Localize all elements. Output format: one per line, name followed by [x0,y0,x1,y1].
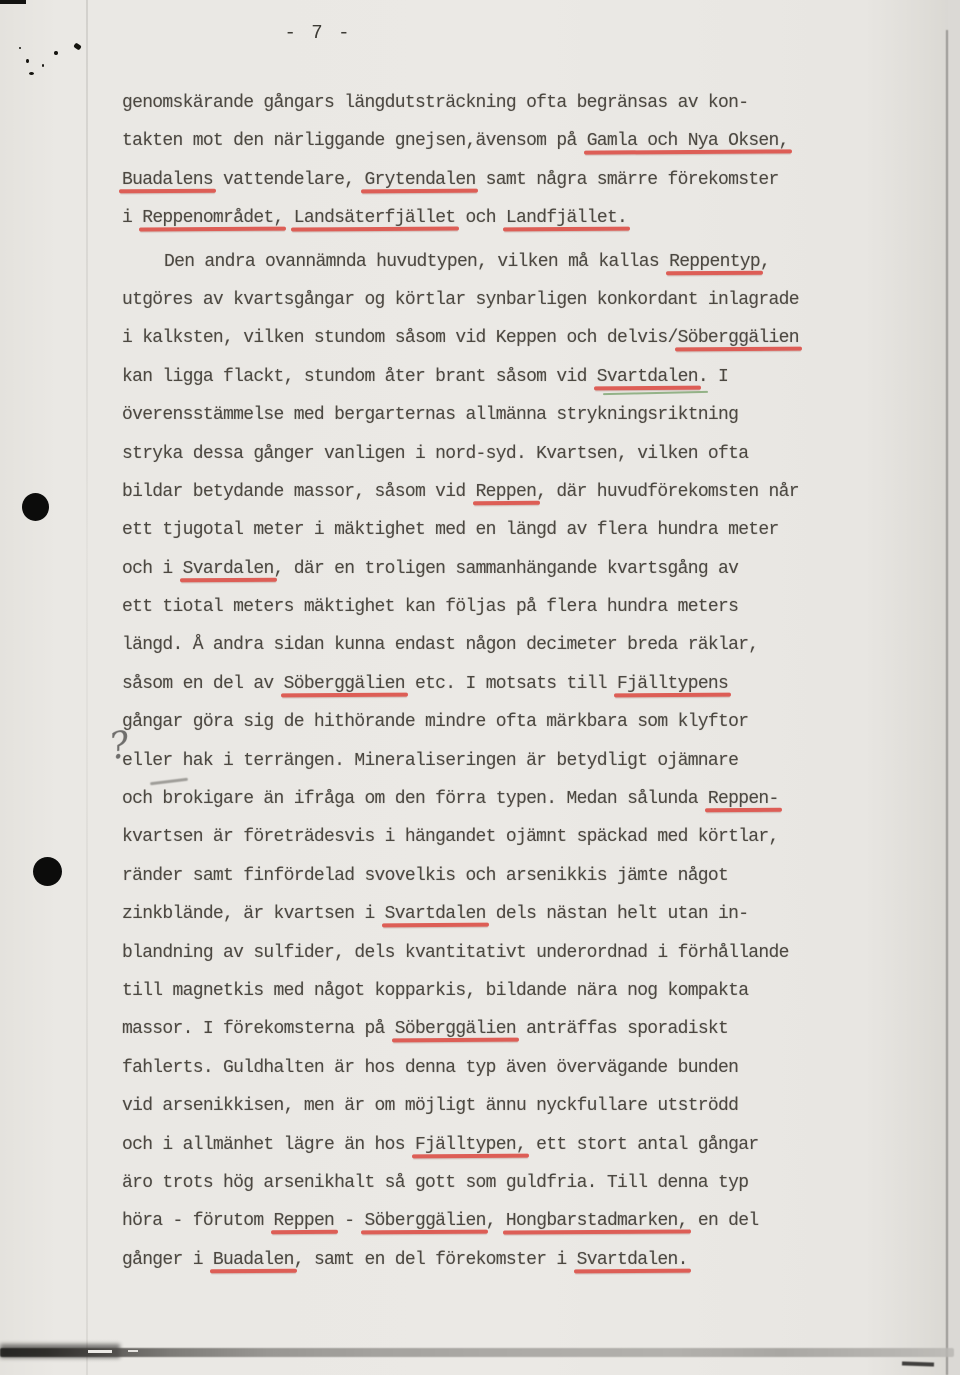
text-segment: överensstämmelse med bergarternas allmän… [122,405,738,425]
text-segment: bildar betydande massor, såsom vid [122,482,476,502]
text-line: höra - förutom Reppen - Söberggälien, Ho… [122,1202,890,1240]
text-segment: anträffas sporadiskt [516,1019,728,1039]
text-line: gångar göra sig de hithörande mindre oft… [122,703,890,741]
paragraph: genomskärande gångars längdutsträckning … [122,84,890,238]
text-segment: äro trots hög arsenikhalt så gott som gu… [122,1173,748,1193]
text-segment: takten mot den närliggande gnejsen,ävens… [122,131,587,151]
text-line: längd. Å andra sidan kunna endast någon … [122,626,890,664]
text-segment: i [122,208,142,228]
text-line: eller hak i terrängen. Mineraliseringen … [122,742,890,780]
red-underlined-text: Hongbarstadmarken, [506,1211,688,1231]
ink-speck [54,51,58,55]
red-underlined-text: Reppenområdet, [142,208,283,228]
ink-speck [29,72,34,75]
text-line: stryka dessa gånger vanligen i nord-syd.… [122,435,890,473]
text-line: och brokigare än ifråga om den förra typ… [122,780,890,818]
text-line: och i Svardalen, där en troligen sammanh… [122,550,890,588]
red-underlined-text: Söberggälien [364,1211,485,1231]
text-line: ränder samt finfördelad svovelkis och ar… [122,857,890,895]
text-line: äro trots hög arsenikhalt så gott som gu… [122,1164,890,1202]
text-segment: - [334,1211,364,1231]
text-segment: , [760,252,770,272]
red-underlined-text: Svartdalen [385,904,486,924]
hole-punch-icon [33,857,62,886]
scan-mark [902,1361,934,1366]
text-segment: , där en troligen sammanhängande kvartsg… [274,559,739,579]
red-underlined-text: Reppentyp [669,252,760,272]
red-underlined-text: Reppen [274,1211,335,1231]
red-underlined-text: Gamla och Nya Oksen, [587,131,789,151]
text-line: i Reppenområdet, Landsäterfjället och La… [122,199,890,237]
red-underlined-text: Svartdalen [597,367,698,387]
text-segment: och brokigare än ifråga om den förra typ… [122,789,708,809]
red-underlined-text: Fjälltypens [617,674,728,694]
text-line: gånger i Buadalen, samt en del förekomst… [122,1241,890,1279]
scanned-document-page: - 7 - genomskärande gångars längdutsträc… [0,0,960,1375]
scan-smudge-band [0,1348,954,1357]
text-segment: eller hak i terrängen. Mineraliseringen … [122,751,738,771]
text-segment: stryka dessa gånger vanligen i nord-syd.… [122,444,748,464]
scan-smudge-gap [88,1350,112,1353]
text-line: kan ligga flackt, stundom åter brant sås… [122,358,890,396]
text-line: vid arsenikkisen, men är om möjligt ännu… [122,1087,890,1125]
scan-smudge-gap [128,1350,138,1352]
text-line: fahlerts. Guldhalten är hos denna typ äv… [122,1049,890,1087]
text-line: överensstämmelse med bergarternas allmän… [122,396,890,434]
paragraph: Den andra ovannämnda huvudtypen, vilken … [122,243,890,1280]
text-segment: och i [122,559,183,579]
text-segment: ett tiotal meters mäktighet kan följas p… [122,597,738,617]
text-line: ett tiotal meters mäktighet kan följas p… [122,588,890,626]
red-underlined-text: Landsäterfjället [294,208,456,228]
red-underlined-text: Svartdalen. [577,1250,688,1270]
text-line: kvartsen är företrädesvis i hängandet oj… [122,818,890,856]
text-line: utgöres av kvartsgångar og körtlar synba… [122,281,890,319]
text-line: Den andra ovannämnda huvudtypen, vilken … [122,243,890,281]
text-segment: . I [698,367,728,387]
text-segment: etc. I motsats till [405,674,617,694]
red-underlined-text: Svardalen [183,559,274,579]
text-segment: såsom en del av [122,674,284,694]
text-segment: ett tjugotal meter i mäktighet med en lä… [122,520,779,540]
text-segment: , samt en del förekomster i [294,1250,577,1270]
text-segment: samt några smärre förekomster [476,170,779,190]
text-segment: vattendelare, [213,170,365,190]
scan-corner-mark [0,0,26,4]
text-segment: blandning av sulfider, dels kvantitativt… [122,943,789,963]
text-line: Buadalens vattendelare, Grytendalen samt… [122,161,890,199]
text-segment: en del [688,1211,759,1231]
text-line: genomskärande gångars längdutsträckning … [122,84,890,122]
text-block: genomskärande gångars längdutsträckning … [122,84,890,1279]
text-segment: kvartsen är företrädesvis i hängandet oj… [122,827,779,847]
text-line: och i allmänhet lägre än hos Fjälltypen,… [122,1126,890,1164]
text-line: i kalksten, vilken stundom såsom vid Kep… [122,319,890,357]
text-segment: och [455,208,506,228]
text-segment: gånger i [122,1250,213,1270]
page-number: - 7 - [258,22,378,44]
text-line: zinkblände, är kvartsen i Svartdalen del… [122,895,890,933]
text-line: blandning av sulfider, dels kvantitativt… [122,934,890,972]
text-line: till magnetkis med något kopparkis, bild… [122,972,890,1010]
ink-speck [42,64,44,67]
red-underlined-text: Buadalen [213,1250,294,1270]
red-underlined-text: Söberggälien [678,328,799,348]
red-underlined-text: Buadalens [122,170,213,190]
text-segment: utgöres av kvartsgångar og körtlar synba… [122,290,799,310]
text-segment: ett stort antal gångar [526,1135,758,1155]
red-underlined-text: Fjälltypen, [415,1135,526,1155]
text-segment: gångar göra sig de hithörande mindre oft… [122,712,748,732]
text-line: massor. I förekomsterna på Söberggälien … [122,1010,890,1048]
red-underlined-text: Söberggälien [395,1019,516,1039]
hole-punch-icon [22,493,49,521]
text-segment: och i allmänhet lägre än hos [122,1135,415,1155]
text-segment: dels nästan helt utan in- [486,904,749,924]
page-edge-shade [948,0,960,1375]
red-underlined-text: Landfjället. [506,208,627,228]
text-line: såsom en del av Söberggälien etc. I mots… [122,665,890,703]
ink-speck [73,42,82,50]
text-segment: fahlerts. Guldhalten är hos denna typ äv… [122,1058,738,1078]
text-segment: massor. I förekomsterna på [122,1019,395,1039]
ink-speck [26,59,29,63]
text-segment: , [486,1211,506,1231]
text-segment: längd. Å andra sidan kunna endast någon … [122,635,758,655]
text-segment: i kalksten, vilken stundom såsom vid Kep… [122,328,678,348]
text-line: bildar betydande massor, såsom vid Reppe… [122,473,890,511]
text-segment: zinkblände, är kvartsen i [122,904,385,924]
red-underlined-text: Reppen- [708,789,779,809]
text-segment: kan ligga flackt, stundom åter brant sås… [122,367,597,387]
text-segment: , där huvudförekomsten når [536,482,799,502]
red-underlined-text: Söberggälien [284,674,405,694]
text-segment: ränder samt finfördelad svovelkis och ar… [122,866,728,886]
ink-speck [19,47,21,49]
text-segment: till magnetkis med något kopparkis, bild… [122,981,748,1001]
red-underlined-text: Grytendalen [364,170,475,190]
paper-fold-crease [86,0,88,1375]
text-segment: höra - förutom [122,1211,274,1231]
text-line: takten mot den närliggande gnejsen,ävens… [122,122,890,160]
page-edge-line [946,30,948,1375]
text-line: ett tjugotal meter i mäktighet med en lä… [122,511,890,549]
text-segment: Den andra ovannämnda huvudtypen, vilken … [164,252,669,272]
text-segment: vid arsenikkisen, men är om möjligt ännu… [122,1096,738,1116]
red-underlined-text: Reppen [476,482,537,502]
text-segment [284,208,294,228]
text-segment: genomskärande gångars längdutsträckning … [122,93,748,113]
